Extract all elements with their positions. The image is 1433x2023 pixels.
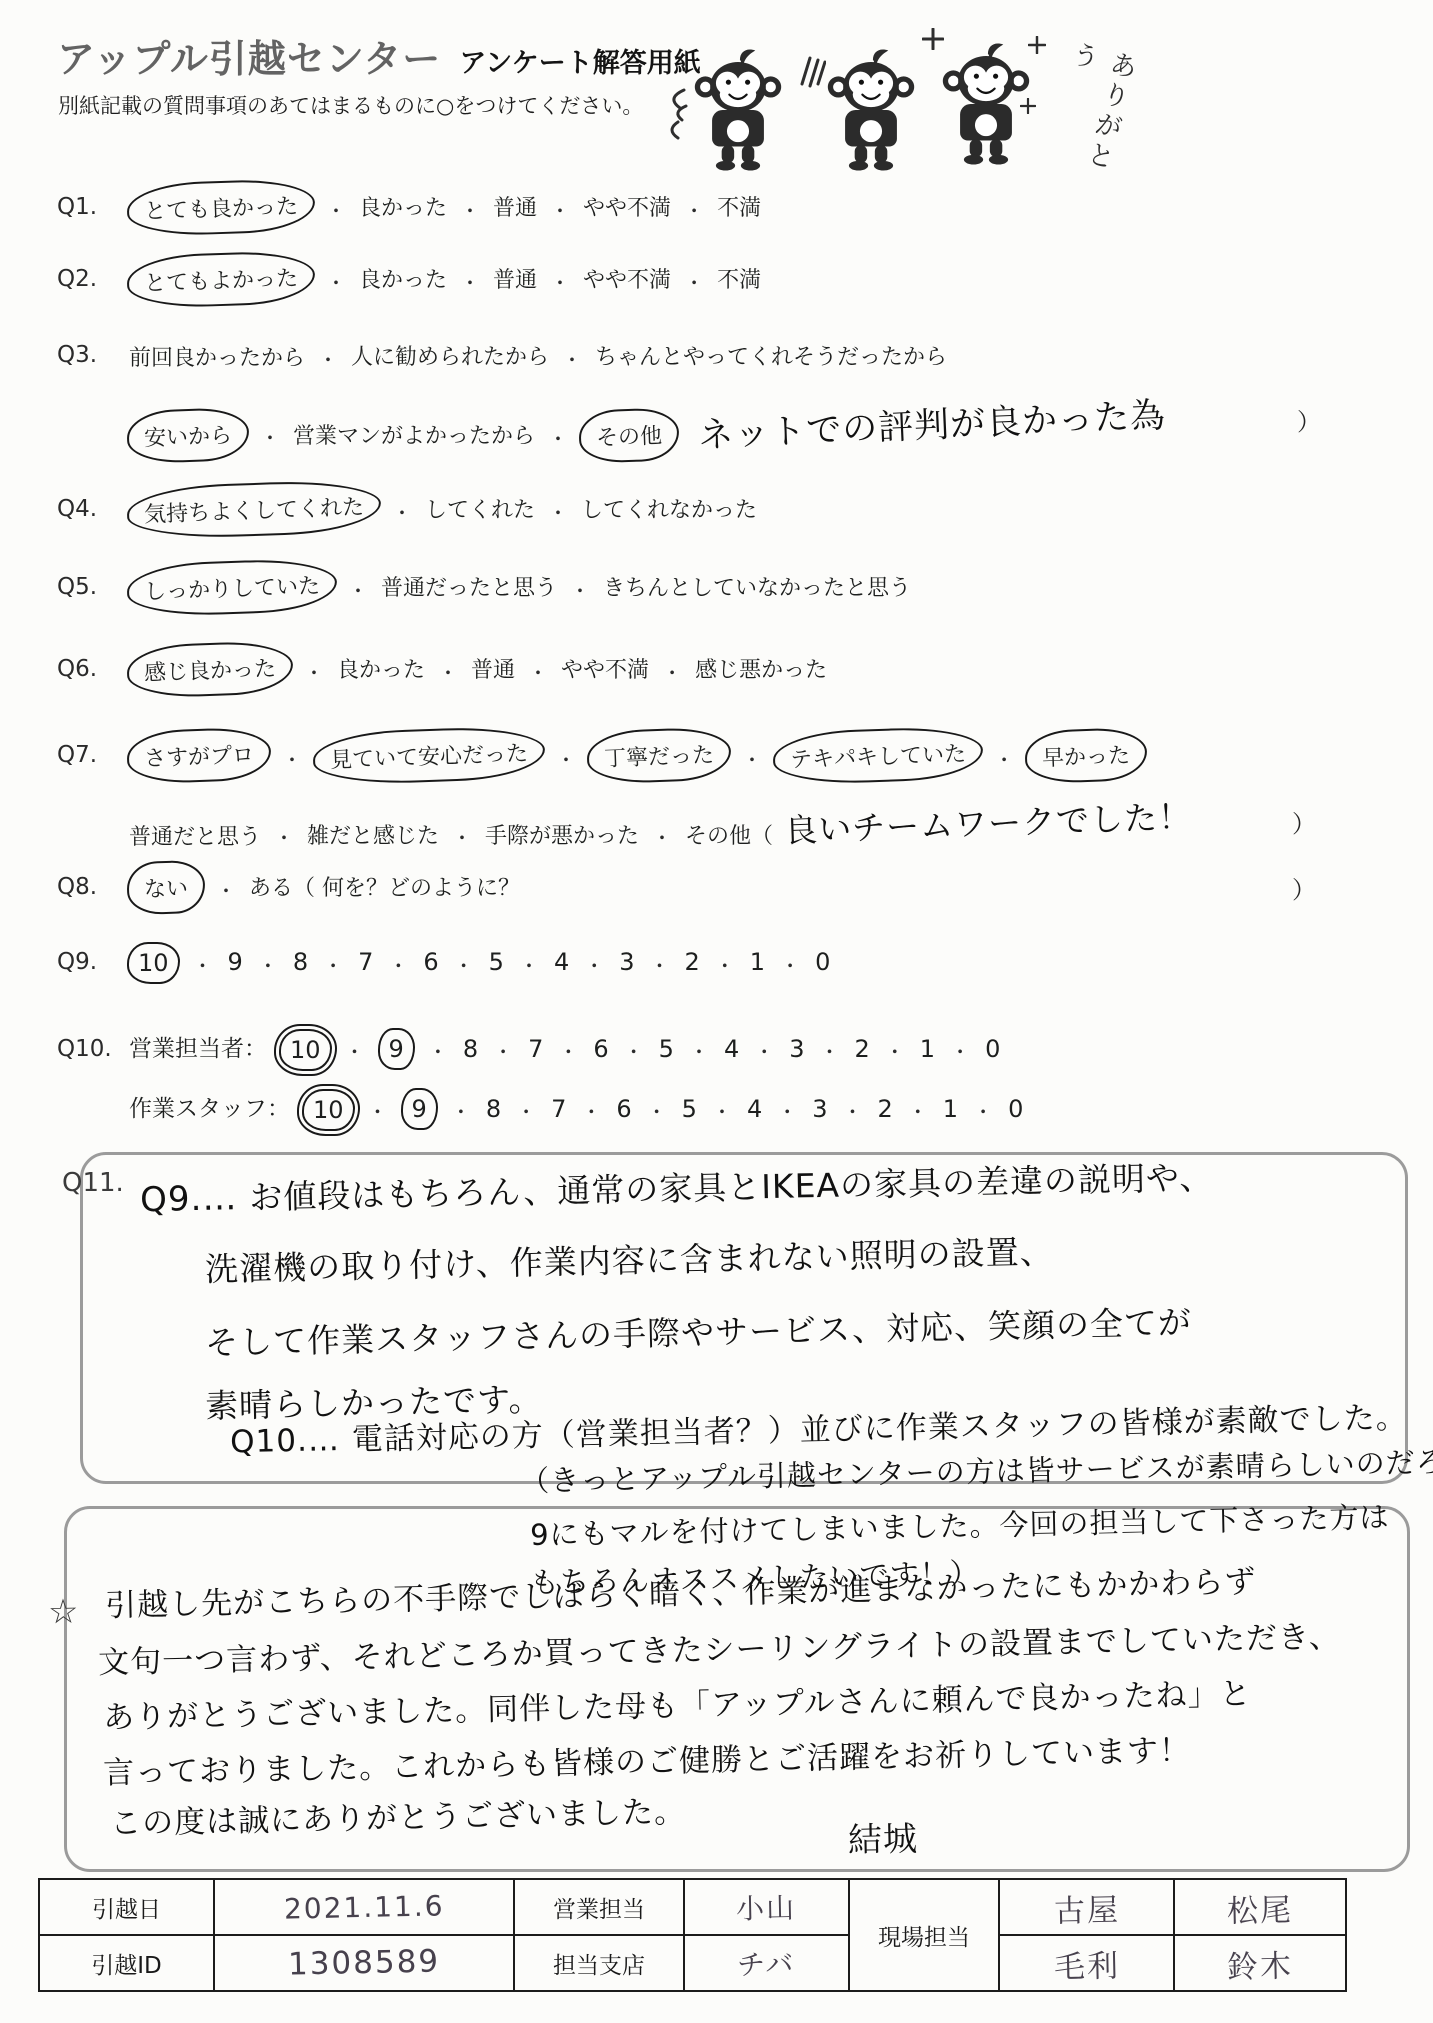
score: 8 — [486, 1095, 501, 1123]
option: ちゃんとやってくれそうだったから — [595, 340, 947, 371]
option: その他（ — [685, 819, 773, 850]
option: 良かった — [359, 263, 447, 294]
q10-ref-label: Q10.… — [230, 1422, 340, 1460]
score: 7 — [551, 1095, 566, 1123]
sales-value: 小山 — [684, 1879, 849, 1935]
question-q4: Q4.気持ちよくしてくれたしてくれたしてくれなかった — [57, 492, 1417, 527]
question-q10-row2: 作業スタッフ：109876543210 — [57, 1090, 1417, 1125]
question-q1: Q1.とても良かった良かった普通やや不満不満 — [57, 190, 1417, 225]
score: 1 — [750, 948, 765, 976]
score: 0 — [1008, 1095, 1023, 1123]
score: 0 — [815, 948, 830, 976]
score: 1 — [943, 1095, 958, 1123]
question-id: Q7. — [57, 742, 129, 768]
question-id: Q5. — [57, 574, 129, 600]
score: 2 — [878, 1095, 893, 1123]
option-selected: 感じ良かった — [126, 640, 294, 699]
monkey-mascot-icon — [690, 46, 786, 174]
question-id: Q3. — [57, 342, 129, 368]
option: きちんとしていなかったと思う — [603, 571, 911, 602]
closing-paren: ） — [1292, 870, 1316, 905]
question-id: Q1. — [57, 194, 129, 220]
option: 良かった — [337, 653, 425, 684]
move-id-label: 引越ID — [39, 1935, 214, 1991]
option-selected: 見ていて安心だった — [312, 725, 546, 786]
score: 5 — [682, 1095, 697, 1123]
question-id: Q8. — [57, 874, 129, 900]
survey-answer-sheet: アップル引越センターアンケート解答用紙 別紙記載の質問事項のあてはまるものに○を… — [0, 0, 1433, 2023]
option-selected: 安いから — [126, 406, 250, 463]
table-row: 引越ID 1308589 担当支店 チバ 毛利 鈴木 — [39, 1935, 1346, 1991]
closing-paren: ） — [1292, 804, 1316, 839]
option: してくれた — [425, 493, 535, 524]
footer-meta-table: 引越日 2021.11.6 営業担当 小山 現場担当 古屋 松尾 引越ID 13… — [38, 1878, 1347, 1992]
mascot-group: ありがとう — [660, 26, 1100, 196]
other-answer-handwriting: 良いチームワークでした！ — [783, 791, 1192, 852]
option-selected: とても良かった — [126, 178, 316, 238]
option-selected: その他 — [578, 407, 680, 463]
option: 感じ悪かった — [695, 653, 827, 684]
site-crew-label: 現場担当 — [849, 1879, 999, 1991]
option-selected: テキパキしていた — [772, 725, 984, 785]
question-id: Q10. — [57, 1036, 129, 1062]
score: 3 — [789, 1035, 804, 1063]
score: 8 — [463, 1035, 478, 1063]
score: 5 — [659, 1035, 674, 1063]
option-selected: 気持ちよくしてくれた — [126, 479, 382, 541]
option-selected: とてもよかった — [126, 250, 316, 310]
header: アップル引越センターアンケート解答用紙 — [57, 28, 701, 83]
star-mark: ☆ — [48, 1592, 80, 1633]
branch-value: チバ — [684, 1935, 849, 1991]
option: 不満 — [717, 191, 761, 222]
option: 営業マンがよかったから — [293, 419, 535, 450]
crew-name: 毛利 — [999, 1935, 1174, 1991]
score: 8 — [293, 948, 308, 976]
question-id: Q11. — [62, 1168, 124, 1198]
option-selected: 丁寧だった — [586, 727, 732, 785]
score: 5 — [489, 948, 504, 976]
instruction-text: 別紙記載の質問事項のあてはまるものに○をつけてください。 — [58, 90, 643, 120]
score-row-label: 営業担当者： — [129, 1030, 267, 1063]
option: ある（ 何を？どのように？ — [249, 871, 520, 902]
option-selected: しっかりしていた — [126, 557, 338, 617]
question-q3-row1: Q3.前回良かったから人に勧められたからちゃんとやってくれそうだったから — [57, 340, 1417, 373]
hatch-marks-icon — [798, 54, 826, 88]
option: やや不満 — [561, 653, 649, 684]
table-row: 引越日 2021.11.6 営業担当 小山 現場担当 古屋 松尾 — [39, 1879, 1346, 1935]
sparkle-icon — [1020, 98, 1036, 114]
option: 普通 — [493, 263, 537, 294]
question-q7-row1: Q7.さすがプロ見ていて安心だった丁寧だったテキパキしていた早かった — [57, 738, 1417, 773]
q9-ref-label: Q9.… — [140, 1178, 238, 1220]
other-answer-handwriting: ネットでの評判が良かった為 — [697, 388, 1167, 458]
score-selected: 10 — [302, 1089, 355, 1131]
crew-name: 松尾 — [1174, 1879, 1346, 1935]
option: 人に勧められたから — [351, 340, 549, 371]
closing-paren: ） — [1297, 402, 1321, 437]
crew-name: 古屋 — [999, 1879, 1174, 1935]
signature: 結城 — [847, 1811, 918, 1861]
question-q5: Q5.しっかりしていた普通だったと思うきちんとしていなかったと思う — [57, 570, 1417, 605]
score: 3 — [619, 948, 634, 976]
question-id: Q6. — [57, 656, 129, 682]
brand-logo-text: アップル引越センター — [57, 37, 441, 81]
score: 4 — [724, 1035, 739, 1063]
option-selected: さすがプロ — [126, 727, 272, 785]
score: 2 — [855, 1035, 870, 1063]
thanks-note: ありがとう — [1031, 37, 1143, 203]
question-q6: Q6.感じ良かった良かった普通やや不満感じ悪かった — [57, 652, 1417, 687]
question-id: Q4. — [57, 496, 129, 522]
question-id: Q9. — [57, 949, 129, 975]
score-selected: 10 — [279, 1029, 332, 1071]
score-row-label: 作業スタッフ： — [129, 1090, 290, 1123]
branch-label: 担当支店 — [514, 1935, 684, 1991]
question-q2: Q2.とてもよかった良かった普通やや不満不満 — [57, 262, 1417, 297]
score: 4 — [554, 948, 569, 976]
score: 7 — [528, 1035, 543, 1063]
score: 4 — [747, 1095, 762, 1123]
option: してくれなかった — [581, 493, 757, 524]
question-q8: Q8.ないある（ 何を？どのように？ ） — [57, 870, 1417, 905]
option-selected: 早かった — [1024, 727, 1148, 784]
score-selected: 9 — [378, 1028, 415, 1070]
score: 1 — [920, 1035, 935, 1063]
question-q9: Q9.109876543210 — [57, 948, 1417, 979]
sales-label: 営業担当 — [514, 1879, 684, 1935]
option: やや不満 — [583, 191, 671, 222]
move-id-value: 1308589 — [214, 1935, 514, 1991]
score: 6 — [616, 1095, 631, 1123]
move-date-value: 2021.11.6 — [214, 1879, 514, 1935]
score: 2 — [685, 948, 700, 976]
option-selected: ない — [126, 860, 206, 916]
motion-lines-icon — [660, 86, 690, 142]
score: 0 — [985, 1035, 1000, 1063]
score: 6 — [423, 948, 438, 976]
option: 普通 — [493, 191, 537, 222]
score-selected: 9 — [401, 1088, 438, 1130]
option: 普通だったと思う — [381, 571, 557, 602]
question-q3-row2: 安いから営業マンがよかったからその他 ネットでの評判が良かった為 ） — [57, 402, 1417, 453]
crew-name: 鈴木 — [1174, 1935, 1346, 1991]
option: 雑だと感じた — [307, 819, 439, 850]
option: 不満 — [717, 263, 761, 294]
option: やや不満 — [583, 263, 671, 294]
score: 7 — [358, 948, 373, 976]
option: 普通 — [471, 653, 515, 684]
option: 前回良かったから — [129, 341, 305, 372]
score: 6 — [593, 1035, 608, 1063]
option: 普通だと思う — [129, 820, 261, 851]
score-selected: 10 — [127, 942, 180, 984]
question-q10-row1: Q10.営業担当者：109876543210 — [57, 1030, 1417, 1065]
score: 3 — [812, 1095, 827, 1123]
question-q7-row2: 普通だと思う雑だと感じた手際が悪かったその他（ 良いチームワークでした！ ） — [57, 804, 1417, 851]
option: 良かった — [359, 191, 447, 222]
option: 手際が悪かった — [485, 819, 639, 850]
move-date-label: 引越日 — [39, 1879, 214, 1935]
monkey-mascot-icon — [823, 46, 919, 174]
question-id: Q2. — [57, 266, 129, 292]
score: 9 — [228, 948, 243, 976]
sparkle-icon — [1028, 36, 1046, 54]
